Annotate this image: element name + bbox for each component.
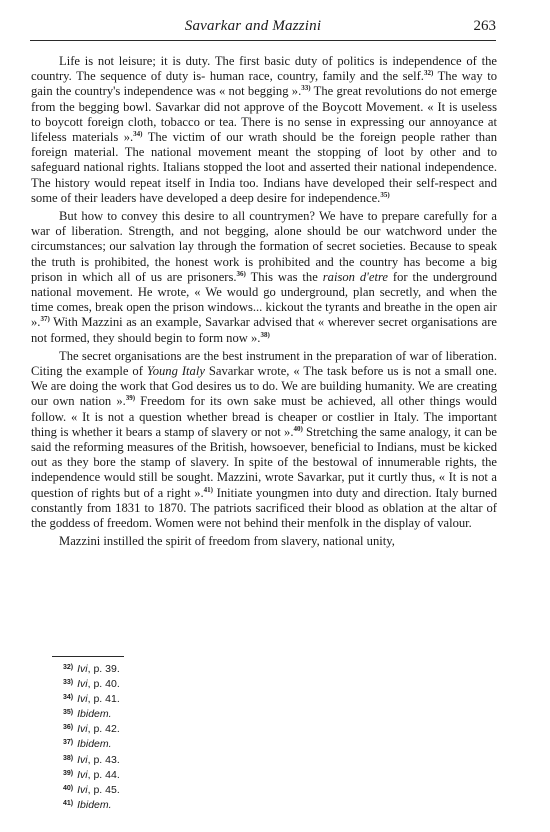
footnote: 35)Ibidem. — [63, 706, 120, 721]
footnote-reference: Ivi — [77, 754, 88, 766]
footnote: 36)Ivi, p. 42. — [63, 721, 120, 736]
footnote-marker: 32) — [424, 69, 433, 77]
paragraph: But how to convey this desire to all cou… — [31, 209, 497, 346]
footnote-number: 37) — [63, 739, 73, 746]
footnote-reference: Ivi — [77, 678, 88, 690]
text-segment: This was the — [246, 270, 323, 284]
footnote-number: 39) — [63, 770, 73, 777]
footnotes: 32)Ivi, p. 39.33)Ivi, p. 40.34)Ivi, p. 4… — [63, 661, 120, 812]
footnote-reference: Ivi — [77, 723, 88, 735]
footnote: 41)Ibidem. — [63, 797, 120, 812]
footnote-marker: 38) — [260, 331, 269, 339]
footnote-page: , p. 39. — [88, 663, 120, 675]
footnote: 39)Ivi, p. 44. — [63, 767, 120, 782]
footnote-page: , p. 40. — [88, 678, 120, 690]
italic-text: Young Italy — [147, 364, 205, 378]
footnote-number: 33) — [63, 679, 73, 686]
footnote: 33)Ivi, p. 40. — [63, 676, 120, 691]
footnote-reference: Ibidem. — [77, 799, 111, 811]
footnote-page: , p. 43. — [88, 754, 120, 766]
footnote-page: , p. 44. — [88, 769, 120, 781]
footnote-marker: 40) — [293, 425, 302, 433]
page-header: Savarkar and Mazzini 263 — [30, 14, 496, 41]
footnote-number: 38) — [63, 755, 73, 762]
footnote-marker: 41) — [204, 486, 213, 494]
footnote: 40)Ivi, p. 45. — [63, 782, 120, 797]
footnote: 38)Ivi, p. 43. — [63, 752, 120, 767]
paragraph: Mazzini instilled the spirit of freedom … — [31, 534, 497, 549]
italic-text: raison d'etre — [323, 270, 388, 284]
footnote-reference: Ivi — [77, 784, 88, 796]
footnote-number: 40) — [63, 785, 73, 792]
footnote: 34)Ivi, p. 41. — [63, 691, 120, 706]
footnote-number: 35) — [63, 709, 73, 716]
body-text: Life is not leisure; it is duty. The fir… — [31, 54, 497, 553]
footnote-number: 41) — [63, 800, 73, 807]
page-number: 263 — [474, 18, 497, 35]
footnote-marker: 35) — [380, 191, 389, 199]
footnote-number: 34) — [63, 694, 73, 701]
running-title: Savarkar and Mazzini — [30, 18, 496, 35]
footnote: 32)Ivi, p. 39. — [63, 661, 120, 676]
footnote-page: , p. 42. — [88, 723, 120, 735]
footnote-reference: Ivi — [77, 769, 88, 781]
footnote-marker: 36) — [237, 270, 246, 278]
footnote-marker: 33) — [301, 84, 310, 92]
footnote-reference: Ibidem. — [77, 708, 111, 720]
footnote-page: , p. 45. — [88, 784, 120, 796]
text-segment: Mazzini instilled the spirit of freedom … — [59, 534, 395, 548]
footnote-reference: Ibidem. — [77, 738, 111, 750]
footnote-reference: Ivi — [77, 663, 88, 675]
paragraph: The secret organisations are the best in… — [31, 349, 497, 531]
paragraph: Life is not leisure; it is duty. The fir… — [31, 54, 497, 206]
footnote: 37)Ibidem. — [63, 736, 120, 751]
footnote-reference: Ivi — [77, 693, 88, 705]
footnote-page: , p. 41. — [88, 693, 120, 705]
footnote-marker: 39) — [126, 394, 135, 402]
footnote-divider — [52, 656, 124, 657]
footnote-marker: 37) — [40, 315, 49, 323]
footnote-number: 36) — [63, 724, 73, 731]
footnote-number: 32) — [63, 664, 73, 671]
